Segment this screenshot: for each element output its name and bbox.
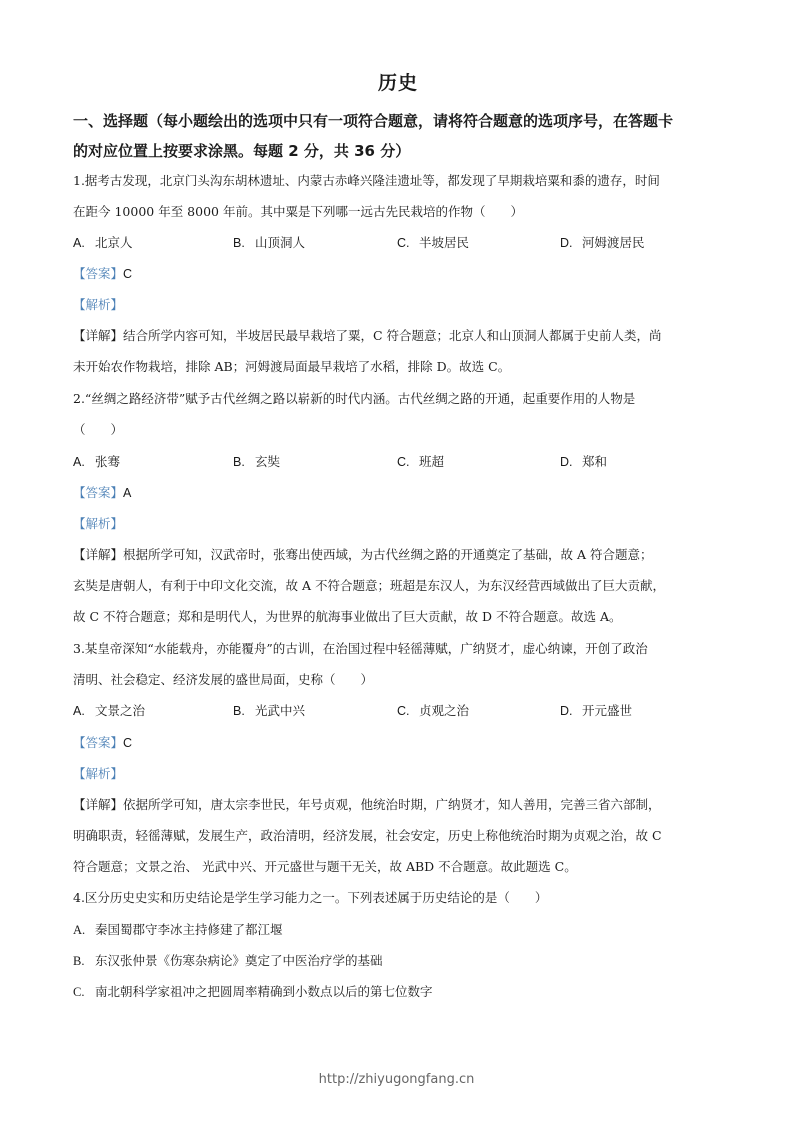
- question-2-option-a: A.张骞: [73, 454, 120, 470]
- question-1-detail-line-2: 未开始农作物栽培，排除 AB；河姆渡局面最早栽培了水稻，排除 D。故选 C。: [73, 359, 723, 375]
- question-1-answer: 【答案】C: [73, 266, 723, 282]
- question-2-stem-line-2: （ ）: [73, 422, 723, 438]
- detail-label: 【详解】: [73, 797, 123, 812]
- question-1-option-b: B.山顶洞人: [233, 235, 305, 251]
- question-1-option-c: C.半坡居民: [397, 235, 469, 251]
- answer-label: 【答案】: [73, 735, 123, 750]
- answer-label: 【答案】: [73, 266, 123, 281]
- question-2-detail-line-2: 玄奘是唐朝人，有利于中印文化交流，故 A 不符合题意；班超是东汉人，为东汉经营西…: [73, 578, 723, 594]
- question-2-detail-line-1: 【详解】根据所学可知，汉武帝时，张骞出使西域，为古代丝绸之路的开通奠定了基础，故…: [73, 547, 723, 563]
- question-4-option-b: B.东汉张仲景《伤寒杂病论》奠定了中医治疗学的基础: [73, 953, 723, 969]
- page-title: 历史: [73, 68, 723, 95]
- question-2-option-c: C.班超: [397, 454, 444, 470]
- question-1-analysis-label: 【解析】: [73, 297, 723, 313]
- section-heading-line-1: 一、选择题（每小题绘出的选项中只有一项符合题意，请将符合题意的选项序号，在答题卡: [73, 106, 723, 136]
- question-3-detail-line-2: 明确职责，轻徭薄赋，发展生产，政治清明，经济发展，社会安定，历史上称他统治时期为…: [73, 828, 723, 844]
- question-1-stem-line-1: 1.据考古发现，北京门头沟东胡林遗址、内蒙古赤峰兴隆洼遗址等，都发现了早期栽培粟…: [73, 173, 723, 189]
- question-1-option-a: A.北京人: [73, 235, 133, 251]
- question-3-option-c: C.贞观之治: [397, 703, 469, 719]
- answer-value: C: [123, 736, 132, 750]
- question-2-analysis-label: 【解析】: [73, 516, 723, 532]
- question-3-analysis-label: 【解析】: [73, 766, 723, 782]
- question-3-option-b: B.光武中兴: [233, 703, 305, 719]
- section-heading-line-2: 的对应位置上按要求涂黑。每题 2 分，共 36 分）: [73, 136, 723, 166]
- detail-label: 【详解】: [73, 328, 123, 343]
- detail-label: 【详解】: [73, 547, 123, 562]
- question-4-option-c: C.南北朝科学家祖冲之把圆周率精确到小数点以后的第七位数字: [73, 984, 723, 1000]
- question-2-stem-line-1: 2.“丝绸之路经济带”赋予古代丝绸之路以崭新的时代内涵。古代丝绸之路的开通，起重…: [73, 391, 723, 407]
- question-3-answer: 【答案】C: [73, 735, 723, 751]
- question-3-detail-line-3: 符合题意；文景之治、 光武中兴、开元盛世与题干无关，故 ABD 不合题意。故此题…: [73, 859, 723, 875]
- question-2-detail-line-3: 故 C 不符合题意；郑和是明代人，为世界的航海事业做出了巨大贡献，故 D 不符合…: [73, 609, 723, 625]
- question-4-stem-line-1: 4.区分历史史实和历史结论是学生学习能力之一。下列表述属于历史结论的是（ ）: [73, 890, 723, 906]
- footer-url: http://zhiyugongfang.cn: [0, 1072, 793, 1087]
- question-2-option-d: D.郑和: [560, 454, 607, 470]
- answer-value: C: [123, 267, 132, 281]
- question-2-option-b: B.玄奘: [233, 454, 280, 470]
- question-3-detail-line-1: 【详解】依据所学可知，唐太宗李世民，年号贞观，他统治时期，广纳贤才，知人善用，完…: [73, 797, 723, 813]
- question-3-option-a: A.文景之治: [73, 703, 145, 719]
- answer-value: A: [123, 486, 131, 500]
- section-heading: 一、选择题（每小题绘出的选项中只有一项符合题意，请将符合题意的选项序号，在答题卡…: [73, 106, 723, 166]
- question-2-answer: 【答案】A: [73, 485, 723, 501]
- answer-label: 【答案】: [73, 485, 123, 500]
- question-3-stem-line-2: 清明、社会稳定、经济发展的盛世局面，史称（ ）: [73, 672, 723, 688]
- question-1-option-d: D.河姆渡居民: [560, 235, 645, 251]
- question-3-stem-line-1: 3.某皇帝深知“水能载舟，亦能覆舟”的古训，在治国过程中轻徭薄赋，广纳贤才，虚心…: [73, 641, 723, 657]
- question-4-option-a: A.秦国蜀郡守李冰主持修建了都江堰: [73, 922, 723, 938]
- question-3-option-d: D.开元盛世: [560, 703, 632, 719]
- question-1-detail-line-1: 【详解】结合所学内容可知，半坡居民最早栽培了粟，C 符合题意；北京人和山顶洞人都…: [73, 328, 723, 344]
- question-1-stem-line-2: 在距今 10000 年至 8000 年前。其中粟是下列哪一远古先民栽培的作物（ …: [73, 204, 723, 220]
